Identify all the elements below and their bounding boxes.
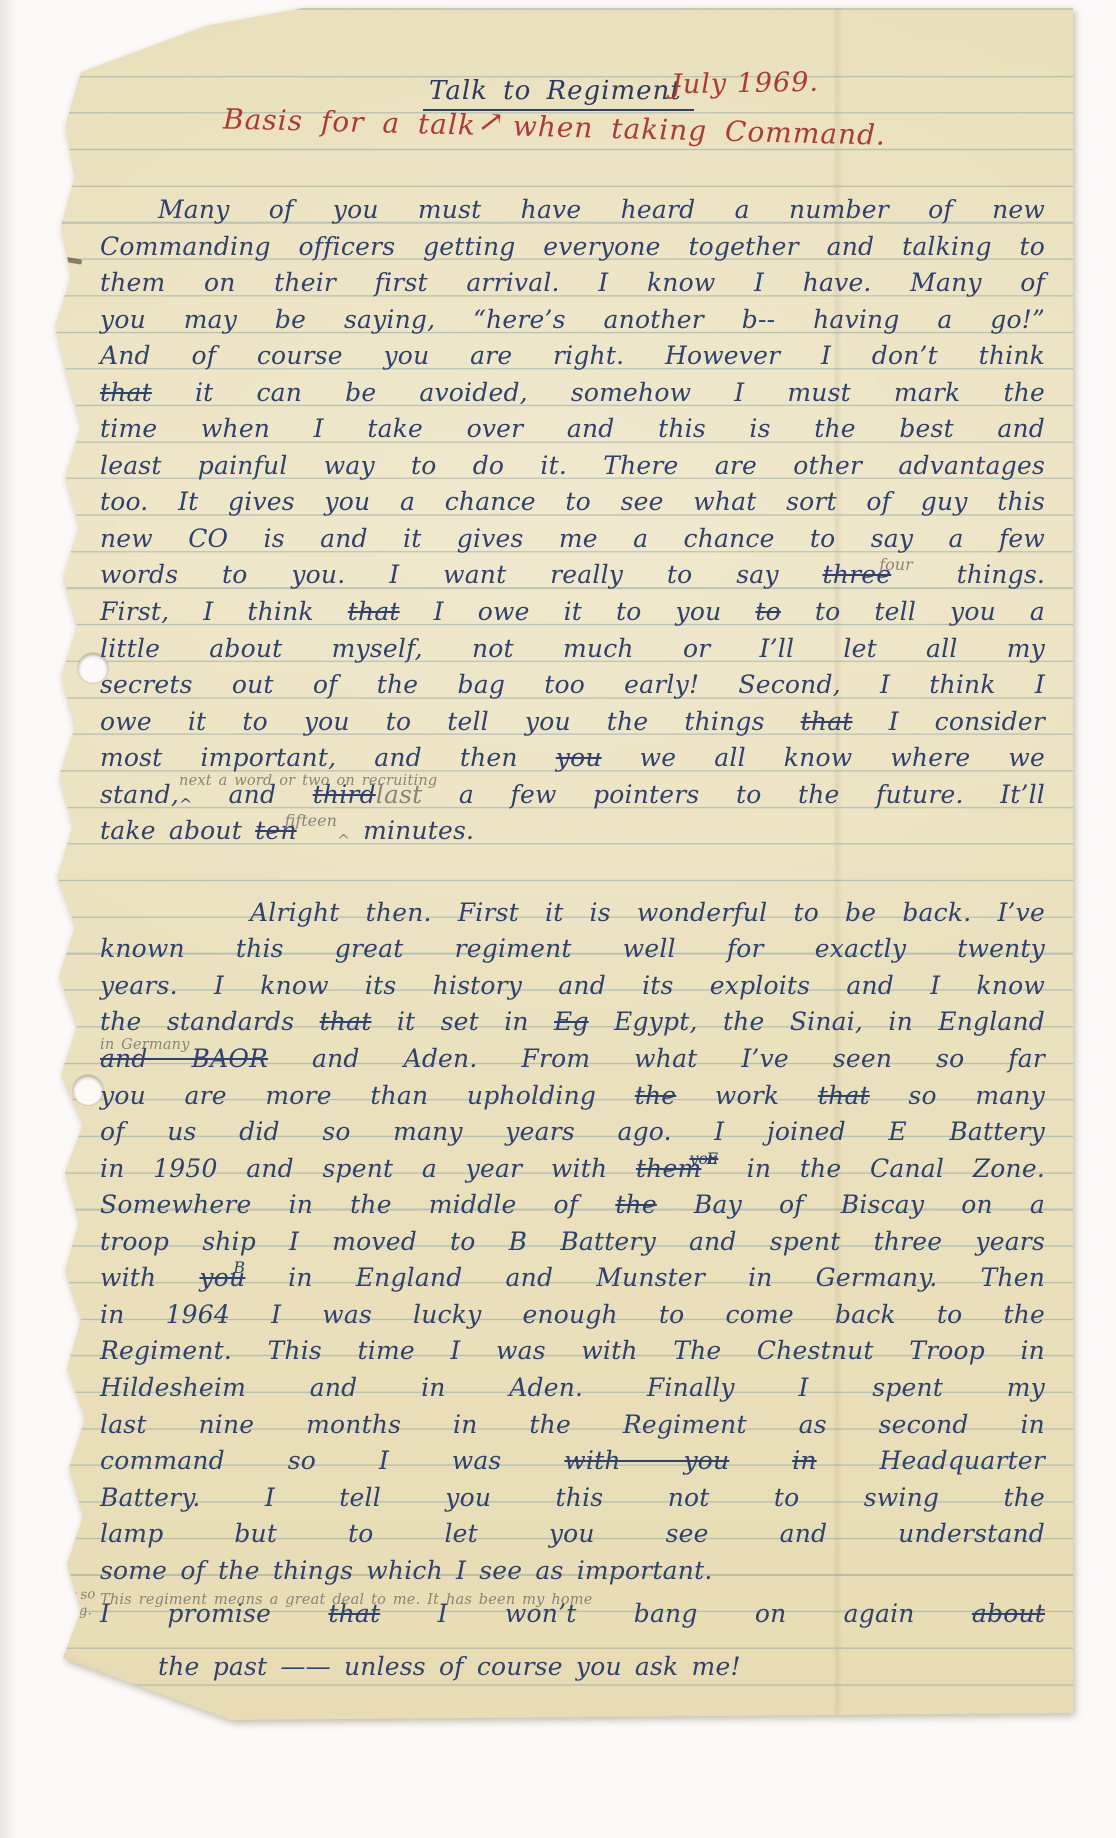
pencil-insertion: next a word or two on recruiting xyxy=(179,763,437,799)
handwriting-text: Battery. I tell you this not to swing th… xyxy=(100,1483,1045,1512)
handwriting-text: Headquarter xyxy=(817,1446,1045,1475)
date-annotation: July 1969. xyxy=(671,67,820,101)
handwriting-text: least painful way to do it. There are ot… xyxy=(100,451,1045,480)
handwriting-text: little about myself, not much or I’ll le… xyxy=(100,634,1045,663)
struck-word: Eg xyxy=(554,1007,589,1036)
handwriting-text: owe it to you to tell you the things xyxy=(100,707,801,736)
handwriting-text: things. xyxy=(913,560,1045,589)
body-text: Many of you must have heard a number of … xyxy=(100,192,1045,1685)
paragraph-1: Many of you must have heard a number of … xyxy=(100,192,1045,850)
handwriting-text: known this great regiment well for exact… xyxy=(100,934,1045,963)
handwritten-line: Hildesheim and in Aden. Finally I spent … xyxy=(100,1370,1045,1407)
handwriting-text: in England and Munster in Germany. Then xyxy=(245,1263,1045,1292)
handwritten-line: words to you. I want really to say three… xyxy=(100,557,1045,594)
handwriting-text: minutes. xyxy=(350,816,474,845)
handwritten-line: with youB in England and Munster in Germ… xyxy=(100,1260,1045,1297)
struck-word: in xyxy=(792,1446,817,1475)
handwriting-text: we all know where we xyxy=(602,743,1045,772)
handwritten-line: too. It gives you a chance to see what s… xyxy=(100,484,1045,521)
inserted-word: B xyxy=(233,1250,245,1286)
struck-word: you xyxy=(556,743,602,772)
handwritten-line: in 1964 I was lucky enough to come back … xyxy=(100,1297,1045,1334)
handwriting-text: And of course you are right. However I d… xyxy=(100,341,1045,370)
ink-smudge xyxy=(137,15,199,27)
handwriting-text: you may be saying, “here’s another b-- h… xyxy=(100,305,1045,334)
struck-word: that xyxy=(801,707,853,736)
struck-word: that xyxy=(100,378,152,407)
handwriting-text: of us did so many years ago. I joined E … xyxy=(100,1117,1045,1146)
paper-sheet: Talk to Regiment July 1969. Basis for a … xyxy=(55,8,1073,1720)
handwriting-text: some of the things which I see as import… xyxy=(100,1556,712,1585)
handwriting-text: years. I know its history and its exploi… xyxy=(100,971,1045,1000)
handwriting-text: the past —— unless of course you ask me! xyxy=(158,1652,741,1681)
handwritten-line: of us did so many years ago. I joined E … xyxy=(100,1114,1045,1151)
pencil-insertion: This regiment means a great deal to me. … xyxy=(100,1582,593,1618)
handwritten-line: in Germanyand BAOR and Aden. From what I… xyxy=(100,1041,1045,1078)
handwriting-text: Egypt, the Sinai, in England xyxy=(589,1007,1045,1036)
handwritten-line: that it can be avoided, somehow I must m… xyxy=(100,375,1045,412)
handwritten-line: stand,next a word or two on recruiting^ … xyxy=(100,777,1045,814)
handwriting-text: with xyxy=(100,1263,199,1292)
handwriting-text: secrets out of the bag too early! Second… xyxy=(100,670,1045,699)
caret-mark: ^ xyxy=(337,823,350,859)
handwriting-text: a few pointers to the future. It’ll xyxy=(422,780,1045,809)
handwriting-text: command so I was xyxy=(100,1446,564,1475)
handwriting-text: take about xyxy=(100,816,255,845)
handwritten-line: last nine months in the Regiment as seco… xyxy=(100,1407,1045,1444)
handwritten-line: secrets out of the bag too early! Second… xyxy=(100,667,1045,704)
handwriting-text: Regiment. This time I was with The Chest… xyxy=(100,1336,1045,1365)
struck-word: that xyxy=(320,1007,372,1036)
handwritten-line: you may be saying, “here’s another b-- h… xyxy=(100,302,1045,339)
handwriting-text: too. It gives you a chance to see what s… xyxy=(100,487,1045,516)
handwriting-text: Somewhere in the middle of xyxy=(100,1190,615,1219)
struck-word: that xyxy=(348,597,400,626)
struck-word: to xyxy=(755,597,781,626)
edge-ink-mark xyxy=(62,256,83,264)
struck-word: with you xyxy=(564,1446,729,1475)
handwritten-line: little about myself, not much or I’ll le… xyxy=(100,631,1045,668)
handwritten-line: And of course you are right. However I d… xyxy=(100,338,1045,375)
handwriting-text: work xyxy=(676,1081,818,1110)
handwriting-text: I consider xyxy=(853,707,1045,736)
handwriting-text: I owe it to you xyxy=(400,597,756,626)
pencil-insertion: in Germany xyxy=(100,1027,190,1063)
scanned-document-page: { "page": { "background_color": "#fbfaf8… xyxy=(0,0,1116,1838)
handwritten-line: Regiment. This time I was with The Chest… xyxy=(100,1333,1045,1370)
handwriting-text: Hildesheim and in Aden. Finally I spent … xyxy=(100,1373,1045,1402)
pencil-inserted-word: fifteen xyxy=(285,803,337,839)
struck-word: that xyxy=(818,1081,870,1110)
handwritten-line: This regiment means a great deal to me. … xyxy=(100,1596,1045,1633)
red-ink-text: Basis for a talk xyxy=(223,102,477,141)
handwriting-text: stand, xyxy=(100,780,179,809)
handwriting-text: First, I think xyxy=(100,597,348,626)
handwritten-line: Battery. I tell you this not to swing th… xyxy=(100,1480,1045,1517)
paragraph-2: Alright then. First it is wonderful to b… xyxy=(100,895,1045,1685)
handwritten-line: time when I take over and this is the be… xyxy=(100,411,1045,448)
handwritten-line: the past —— unless of course you ask me! xyxy=(100,1649,1045,1686)
handwriting-text: you are more than upholding xyxy=(100,1081,635,1110)
handwritten-line: lamp but to let you see and understand xyxy=(100,1516,1045,1553)
handwriting-text: so many xyxy=(870,1081,1045,1110)
handwriting-text: words to you. I want really to say xyxy=(100,560,823,589)
handwriting-text: Bay of Biscay on a xyxy=(657,1190,1045,1219)
handwritten-line: take about tenfifteen^ minutes. xyxy=(100,813,1045,850)
handwriting-text: Alright then. First it is wonderful to b… xyxy=(250,898,1045,927)
handwritten-line: you are more than upholding the work tha… xyxy=(100,1078,1045,1115)
handwritten-line: Somewhere in the middle of the Bay of Bi… xyxy=(100,1187,1045,1224)
handwriting-text: Many of you must have heard a number of … xyxy=(158,195,1045,224)
handwriting-text: last nine months in the Regiment as seco… xyxy=(100,1410,1045,1439)
handwriting-text: in 1950 and spent a year with xyxy=(100,1154,636,1183)
handwritten-line: the standards that it set in Eg Egypt, t… xyxy=(100,1004,1045,1041)
struck-word: the xyxy=(635,1081,677,1110)
handwritten-line: least painful way to do it. There are ot… xyxy=(100,448,1045,485)
inserted-word: E xyxy=(706,1141,718,1177)
handwriting-text: lamp but to let you see and understand xyxy=(100,1519,1045,1548)
handwriting-text: it can be avoided, somehow I must mark t… xyxy=(152,378,1045,407)
handwritten-line: command so I was with you in Headquarter xyxy=(100,1443,1045,1480)
handwriting-text: in the Canal Zone. xyxy=(718,1154,1045,1183)
punch-hole-bottom xyxy=(73,1075,103,1105)
handwriting-text: it set in xyxy=(372,1007,555,1036)
handwritten-line: years. I know its history and its exploi… xyxy=(100,968,1045,1005)
handwritten-line: owe it to you to tell you the things tha… xyxy=(100,704,1045,741)
handwritten-line: Alright then. First it is wonderful to b… xyxy=(100,895,1045,932)
struck-word: about xyxy=(972,1599,1045,1628)
handwritten-line: First, I think that I owe it to you to t… xyxy=(100,594,1045,631)
red-ink-text: when taking Command. xyxy=(512,110,886,152)
margin-note-pencil: for so long. xyxy=(56,1583,138,1621)
handwriting-text: to tell you a xyxy=(781,597,1045,626)
handwritten-line: in 1950 and spent a year with themyouE i… xyxy=(100,1151,1045,1188)
handwritten-line: them on their first arrival. I know I ha… xyxy=(100,265,1045,302)
handwriting-text: in 1964 I was lucky enough to come back … xyxy=(100,1300,1045,1329)
pencil-inserted-word: four xyxy=(879,547,913,583)
handwriting-text: them on their first arrival. I know I ha… xyxy=(100,268,1045,297)
handwritten-line: known this great regiment well for exact… xyxy=(100,931,1045,968)
up-right-arrow-icon: ↗ xyxy=(476,102,507,141)
handwritten-line: Many of you must have heard a number of … xyxy=(100,192,1045,229)
handwriting-text: Commanding officers getting everyone tog… xyxy=(100,232,1045,261)
struck-word: the xyxy=(615,1190,657,1219)
handwriting-text: time when I take over and this is the be… xyxy=(100,414,1045,443)
handwritten-line: Commanding officers getting everyone tog… xyxy=(100,229,1045,266)
handwriting-text xyxy=(729,1446,792,1475)
handwriting-text: and Aden. From what I’ve seen so far xyxy=(268,1044,1045,1073)
